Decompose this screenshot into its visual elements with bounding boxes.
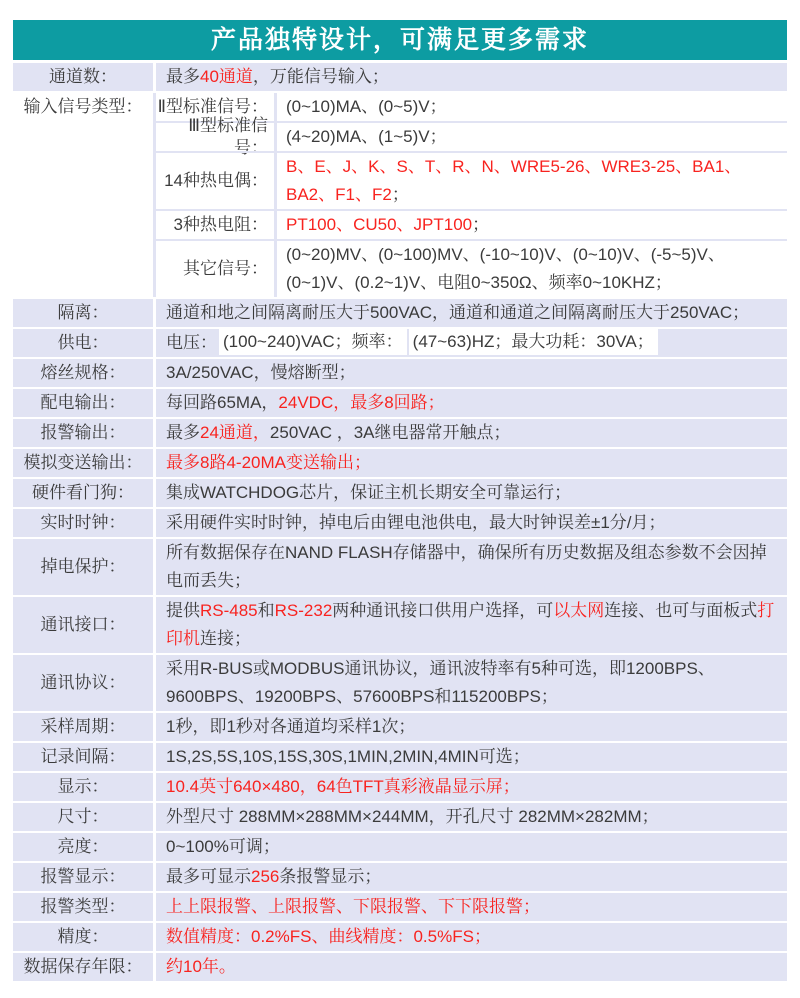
row-value: 约10年。 bbox=[156, 953, 787, 981]
text-segment: 集成WATCHDOG芯片，保证主机长期安全可靠运行； bbox=[166, 483, 571, 502]
row-label: 配电输出： bbox=[13, 389, 153, 417]
row-value: 1S,2S,5S,10S,15S,30S,1MIN,2MIN,4MIN可选； bbox=[156, 743, 787, 771]
row-label: 输入信号类型： bbox=[13, 93, 156, 297]
row-label: 熔丝规格： bbox=[13, 359, 153, 387]
spec-row: 硬件看门狗：集成WATCHDOG芯片，保证主机长期安全可靠运行； bbox=[13, 479, 787, 507]
text-segment: 24VDC，最多8回路； bbox=[278, 393, 444, 412]
row-value: 采用硬件实时时钟，掉电后由锂电池供电，最大时钟误差±1分/月； bbox=[156, 509, 787, 537]
spec-row: 显示：10.4英寸640×480，64色TFT真彩液晶显示屏； bbox=[13, 773, 787, 801]
text-segment: RS-232 bbox=[275, 601, 333, 620]
spec-subrow: 14种热电偶：B、E、J、K、S、T、R、N、WRE5-26、WRE3-25、B… bbox=[156, 151, 787, 209]
spec-row: 模拟变送输出：最多8路4-20MA变送输出； bbox=[13, 449, 787, 477]
row-label: 模拟变送输出： bbox=[13, 449, 153, 477]
row-label: 通讯接口： bbox=[13, 597, 153, 653]
text-segment: 1秒，即1秒对各通道均采样1次； bbox=[166, 717, 415, 736]
row-label: 掉电保护： bbox=[13, 539, 153, 595]
spec-row: 通讯协议：采用R-BUS或MODBUS通讯协议，通讯波特率有5种可选，即1200… bbox=[13, 655, 787, 711]
row-value: 10.4英寸640×480，64色TFT真彩液晶显示屏； bbox=[156, 773, 787, 801]
row-value: 提供RS-485和RS-232两种通讯接口供用户选择，可以太网连接、也可与面板式… bbox=[156, 597, 787, 653]
row-value: Ⅱ型标准信号：(0~10)MA、(0~5)V；Ⅲ型标准信号：(4~20)MA、(… bbox=[156, 93, 787, 297]
spec-row: 采样周期：1秒，即1秒对各通道均采样1次； bbox=[13, 713, 787, 741]
text-segment: 以太网 bbox=[553, 601, 604, 620]
text-segment: 最多 bbox=[166, 67, 200, 86]
text-segment: RS-485 bbox=[200, 601, 258, 620]
row-label: 记录间隔： bbox=[13, 743, 153, 771]
row-value: 外型尺寸 288MM×288MM×244MM，开孔尺寸 282MM×282MM； bbox=[156, 803, 787, 831]
row-value: 集成WATCHDOG芯片，保证主机长期安全可靠运行； bbox=[156, 479, 787, 507]
spec-row: 实时时钟：采用硬件实时时钟，掉电后由锂电池供电，最大时钟误差±1分/月； bbox=[13, 509, 787, 537]
row-label: 报警显示： bbox=[13, 863, 153, 891]
row-value: 每回路65MA，24VDC，最多8回路； bbox=[156, 389, 787, 417]
row-value: 所有数据保存在NAND FLASH存储器中，确保所有历史数据及组态参数不会因掉电… bbox=[156, 539, 787, 595]
text-segment: (0~10)MA、(0~5)V； bbox=[286, 97, 447, 116]
spec-row: 隔离：通道和地之间隔离耐压大于500VAC，通道和通道之间隔离耐压大于250VA… bbox=[13, 299, 787, 327]
text-segment: 外型尺寸 288MM×288MM×244MM，开孔尺寸 282MM×282MM； bbox=[166, 807, 659, 826]
text-segment: 提供 bbox=[166, 601, 200, 620]
row-value: 0~100%可调； bbox=[156, 833, 787, 861]
banner-title: 产品独特设计，可满足更多需求 bbox=[211, 26, 589, 54]
subrow-value: PT100、CU50、JPT100； bbox=[277, 211, 787, 239]
row-value: 最多可显示256条报警显示； bbox=[156, 863, 787, 891]
text-segment: 250VAC ，3A继电器常开触点； bbox=[270, 423, 511, 442]
row-value: 最多8路4-20MA变送输出； bbox=[156, 449, 787, 477]
text-segment: 40通道 bbox=[200, 67, 253, 86]
row-label: 精度： bbox=[13, 923, 153, 951]
row-label: 采样周期： bbox=[13, 713, 153, 741]
text-segment: 256 bbox=[251, 867, 279, 886]
text-segment: 上上限报警、上限报警、下限报警、下下限报警； bbox=[166, 897, 540, 916]
row-value: 1秒，即1秒对各通道均采样1次； bbox=[156, 713, 787, 741]
subrow-label: 14种热电偶： bbox=[156, 153, 277, 209]
text-segment: (0~20)MV、(0~100)MV、(-10~10)V、(0~10)V、(-5… bbox=[286, 245, 725, 292]
row-label: 亮度： bbox=[13, 833, 153, 861]
text-segment: 和 bbox=[258, 601, 275, 620]
text-segment: 每回路65MA， bbox=[166, 393, 278, 412]
text-segment: 连接； bbox=[200, 629, 251, 648]
text-segment: 最多8路4-20MA变送输出； bbox=[166, 453, 371, 472]
row-label: 尺寸： bbox=[13, 803, 153, 831]
banner: 产品独特设计，可满足更多需求 bbox=[13, 20, 787, 60]
spec-table: 通道数：最多40通道，万能信号输入；输入信号类型：Ⅱ型标准信号：(0~10)MA… bbox=[13, 63, 787, 981]
page: { "colors": { "teal": "#0d9ca2", "lavend… bbox=[0, 0, 800, 998]
subrow-value: (0~20)MV、(0~100)MV、(-10~10)V、(0~10)V、(-5… bbox=[277, 241, 787, 297]
text-segment: ，万能信号输入； bbox=[253, 67, 389, 86]
row-label: 实时时钟： bbox=[13, 509, 153, 537]
spec-row: 供电：电压：(100~240)VAC；频率：(47~63)HZ；最大功耗：30V… bbox=[13, 329, 787, 357]
text-segment: 10.4英寸640×480，64色TFT真彩液晶显示屏； bbox=[166, 777, 520, 796]
subrow-label: 3种热电阻： bbox=[156, 211, 277, 239]
text-segment: 最多可显示 bbox=[166, 867, 251, 886]
spec-row: 尺寸：外型尺寸 288MM×288MM×244MM，开孔尺寸 282MM×282… bbox=[13, 803, 787, 831]
spec-row: 数据保存年限：约10年。 bbox=[13, 953, 787, 981]
text-segment: PT100、CU50、JPT100 bbox=[286, 215, 472, 234]
text-segment: 3A/250VAC，慢熔断型； bbox=[166, 363, 356, 382]
row-value: 最多24通道，250VAC ，3A继电器常开触点； bbox=[156, 419, 787, 447]
spec-subrow: Ⅲ型标准信号：(4~20)MA、(1~5)V； bbox=[156, 121, 787, 151]
text-segment: (100~240)VAC；频率： bbox=[219, 329, 407, 355]
text-segment: 两种通讯接口供用户选择，可 bbox=[332, 601, 553, 620]
text-segment: ； bbox=[392, 185, 409, 204]
subrow-value: (4~20)MA、(1~5)V； bbox=[277, 123, 787, 151]
spec-row: 掉电保护：所有数据保存在NAND FLASH存储器中，确保所有历史数据及组态参数… bbox=[13, 539, 787, 595]
text-segment: 通道和地之间隔离耐压大于500VAC，通道和通道之间隔离耐压大于250VAC； bbox=[166, 303, 749, 322]
text-segment: 0~100%可调； bbox=[166, 837, 280, 856]
subrow-label: Ⅲ型标准信号： bbox=[156, 123, 277, 151]
text-segment: 数值精度：0.2%FS、曲线精度：0.5%FS； bbox=[166, 927, 491, 946]
row-label: 数据保存年限： bbox=[13, 953, 153, 981]
row-label: 通道数： bbox=[13, 63, 153, 91]
subrow-label: 其它信号： bbox=[156, 241, 277, 297]
row-value: 电压：(100~240)VAC；频率：(47~63)HZ；最大功耗：30VA； bbox=[156, 329, 787, 357]
text-segment: 采用硬件实时时钟，掉电后由锂电池供电，最大时钟误差±1分/月； bbox=[166, 513, 666, 532]
text-segment: 1S,2S,5S,10S,15S,30S,1MIN,2MIN,4MIN可选； bbox=[166, 747, 530, 766]
row-value: 通道和地之间隔离耐压大于500VAC，通道和通道之间隔离耐压大于250VAC； bbox=[156, 299, 787, 327]
row-value: 采用R-BUS或MODBUS通讯协议，通讯波特率有5种可选，即1200BPS、9… bbox=[156, 655, 787, 711]
text-segment: 最多 bbox=[166, 423, 200, 442]
spec-row: 输入信号类型：Ⅱ型标准信号：(0~10)MA、(0~5)V；Ⅲ型标准信号：(4~… bbox=[13, 93, 787, 297]
row-label: 显示： bbox=[13, 773, 153, 801]
row-label: 报警输出： bbox=[13, 419, 153, 447]
row-value: 数值精度：0.2%FS、曲线精度：0.5%FS； bbox=[156, 923, 787, 951]
row-label: 报警类型： bbox=[13, 893, 153, 921]
spec-subrow: 3种热电阻：PT100、CU50、JPT100； bbox=[156, 209, 787, 239]
text-segment: B、E、J、K、S、T、R、N、WRE5-26、WRE3-25、BA1、BA2、… bbox=[286, 157, 741, 204]
row-value: 上上限报警、上限报警、下限报警、下下限报警； bbox=[156, 893, 787, 921]
text-segment: (4~20)MA、(1~5)V； bbox=[286, 127, 447, 146]
row-label: 隔离： bbox=[13, 299, 153, 327]
text-segment: ； bbox=[472, 215, 489, 234]
spec-subrow: 其它信号：(0~20)MV、(0~100)MV、(-10~10)V、(0~10)… bbox=[156, 239, 787, 297]
spec-row: 记录间隔：1S,2S,5S,10S,15S,30S,1MIN,2MIN,4MIN… bbox=[13, 743, 787, 771]
row-value: 3A/250VAC，慢熔断型； bbox=[156, 359, 787, 387]
text-segment: 条报警显示； bbox=[279, 867, 381, 886]
spec-row: 配电输出：每回路65MA，24VDC，最多8回路； bbox=[13, 389, 787, 417]
text-segment: 电压： bbox=[166, 333, 217, 352]
spec-row: 报警显示：最多可显示256条报警显示； bbox=[13, 863, 787, 891]
row-label: 供电： bbox=[13, 329, 153, 357]
spec-row: 通讯接口：提供RS-485和RS-232两种通讯接口供用户选择，可以太网连接、也… bbox=[13, 597, 787, 653]
subrow-value: B、E、J、K、S、T、R、N、WRE5-26、WRE3-25、BA1、BA2、… bbox=[277, 153, 787, 209]
text-segment: 24通道， bbox=[200, 423, 270, 442]
subrow-value: (0~10)MA、(0~5)V； bbox=[277, 93, 787, 121]
row-label: 通讯协议： bbox=[13, 655, 153, 711]
text-segment: 连接、也可与面板式 bbox=[604, 601, 757, 620]
spec-row: 通道数：最多40通道，万能信号输入； bbox=[13, 63, 787, 91]
spec-row: 报警类型：上上限报警、上限报警、下限报警、下下限报警； bbox=[13, 893, 787, 921]
spec-row: 精度：数值精度：0.2%FS、曲线精度：0.5%FS； bbox=[13, 923, 787, 951]
text-segment: 所有数据保存在NAND FLASH存储器中，确保所有历史数据及组态参数不会因掉电… bbox=[166, 543, 767, 590]
spec-row: 亮度：0~100%可调； bbox=[13, 833, 787, 861]
row-label: 硬件看门狗： bbox=[13, 479, 153, 507]
spec-sheet: 产品独特设计，可满足更多需求 通道数：最多40通道，万能信号输入；输入信号类型：… bbox=[0, 0, 800, 998]
text-segment: (47~63)HZ；最大功耗：30VA； bbox=[409, 329, 658, 355]
text-segment: 采用R-BUS或MODBUS通讯协议，通讯波特率有5种可选，即1200BPS、9… bbox=[166, 659, 715, 706]
text-segment: 约10年。 bbox=[166, 957, 236, 976]
spec-row: 报警输出：最多24通道，250VAC ，3A继电器常开触点； bbox=[13, 419, 787, 447]
row-value: 最多40通道，万能信号输入； bbox=[156, 63, 787, 91]
spec-row: 熔丝规格：3A/250VAC，慢熔断型； bbox=[13, 359, 787, 387]
